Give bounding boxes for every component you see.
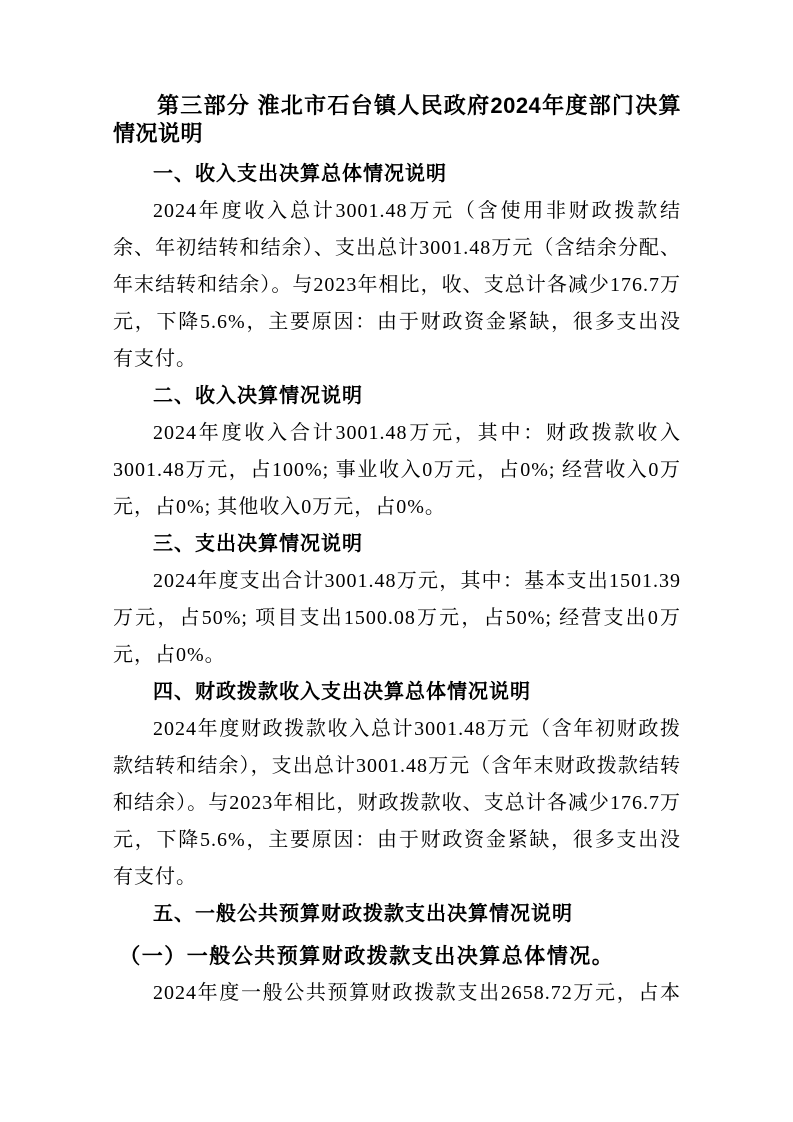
section-4-paragraph: 2024年度财政拨款收入总计3001.48万元（含年初财政拨款结转和结余），支出… [113,711,681,896]
section-3-heading: 三、支出决算情况说明 [113,526,681,563]
document-content: 第三部分 淮北市石台镇人民政府2024年度部门决算情况说明 一、收入支出决算总体… [113,92,681,1012]
section-income-expenditure-overview: 一、收入支出决算总体情况说明 2024年度收入总计3001.48万元（含使用非财… [113,156,681,378]
section-income-statement: 二、收入决算情况说明 2024年度收入合计3001.48万元，其中：财政拨款收入… [113,378,681,526]
document-page: 第三部分 淮北市石台镇人民政府2024年度部门决算情况说明 一、收入支出决算总体… [0,0,793,1122]
section-2-paragraph: 2024年度收入合计3001.48万元，其中：财政拨款收入3001.48万元，占… [113,415,681,526]
section-5-subheading: （一）一般公共预算财政拨款支出决算总体情况。 [113,938,681,975]
section-general-public-budget-expenditure: 五、一般公共预算财政拨款支出决算情况说明 （一）一般公共预算财政拨款支出决算总体… [113,896,681,1012]
section-5-heading: 五、一般公共预算财政拨款支出决算情况说明 [113,896,681,933]
section-2-heading: 二、收入决算情况说明 [113,378,681,415]
section-fiscal-appropriation-overview: 四、财政拨款收入支出决算总体情况说明 2024年度财政拨款收入总计3001.48… [113,674,681,896]
section-expenditure-statement: 三、支出决算情况说明 2024年度支出合计3001.48万元，其中：基本支出15… [113,526,681,674]
section-1-heading: 一、收入支出决算总体情况说明 [113,156,681,193]
section-5-paragraph: 2024年度一般公共预算财政拨款支出2658.72万元，占本 [113,975,681,1012]
section-3-paragraph: 2024年度支出合计3001.48万元，其中：基本支出1501.39万元，占50… [113,563,681,674]
section-4-heading: 四、财政拨款收入支出决算总体情况说明 [113,674,681,711]
section-1-paragraph: 2024年度收入总计3001.48万元（含使用非财政拨款结余、年初结转和结余）、… [113,193,681,378]
document-title: 第三部分 淮北市石台镇人民政府2024年度部门决算情况说明 [113,92,681,148]
